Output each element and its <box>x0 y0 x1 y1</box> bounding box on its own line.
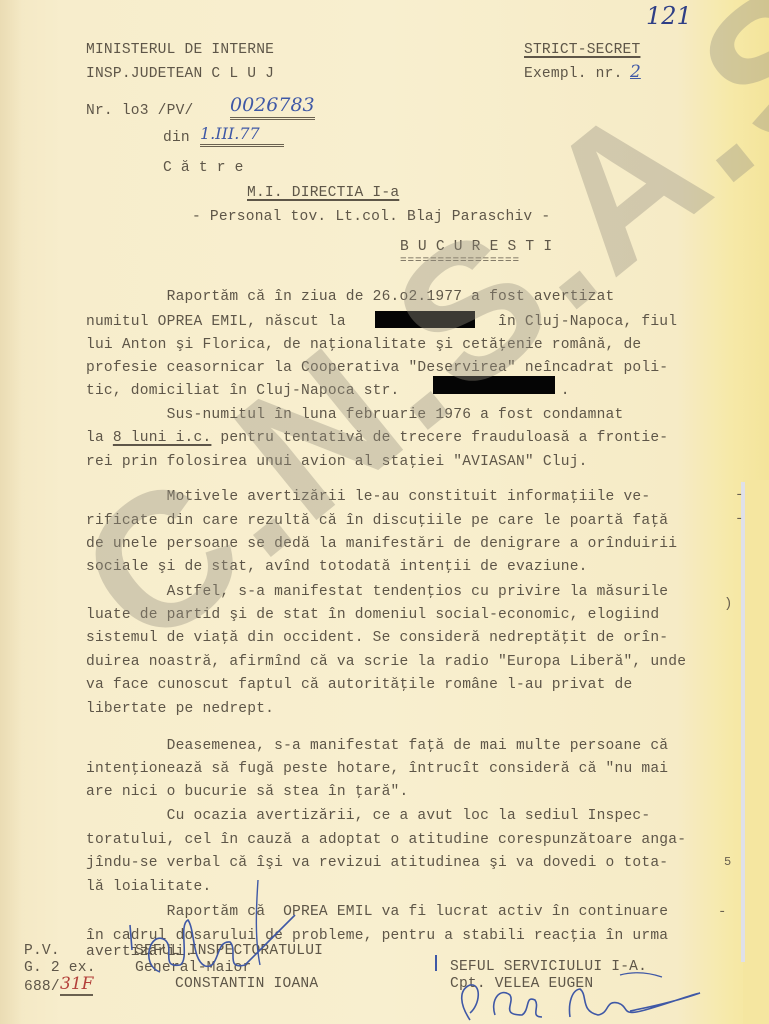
page-fold-edge <box>741 482 745 962</box>
body-line: are nici o bucurie să stea în ţară". <box>86 785 408 800</box>
scanned-document-page: 121 MINISTERUL DE INTERNE INSP.JUDETEAN … <box>0 0 769 1024</box>
body-line: sociale şi de stat, avînd totodată inten… <box>86 560 588 575</box>
body-line: luate de partid şi de stat în domeniul s… <box>86 608 659 623</box>
registration-number-handwritten: 0026783 <box>230 94 315 120</box>
margin-mark: ) <box>724 596 732 612</box>
footer-index-handwritten: 31F <box>60 974 93 996</box>
date-label: din <box>163 131 190 146</box>
body-line: libertate pe nedrept. <box>86 702 274 717</box>
body-line: la 8 luni i.c. pentru tentativă de trece… <box>86 431 668 446</box>
redaction-birth-date <box>375 311 475 328</box>
body-line: de unele persoane se dedă la manifestări… <box>86 537 677 552</box>
body-line: Sus-numitul în luna februarie 1976 a fos… <box>86 408 623 423</box>
body-line: duirea noastră, afirmînd că va scrie la … <box>86 655 686 670</box>
signature-right-handwritten <box>430 945 710 1024</box>
margin-mark: - <box>718 904 726 920</box>
addressee-city: B U C U R E S T I <box>400 240 552 255</box>
folio-number: 121 <box>646 2 692 30</box>
body-line: intenţionează să fugă peste hotare, într… <box>86 762 668 777</box>
exemplar-label: Exempl. nr. <box>524 67 623 82</box>
body-line: Cu ocazia avertizării, ce a avut loc la … <box>86 809 650 824</box>
classification-label: STRICT-SECRET <box>524 43 640 58</box>
underlying-page-strip <box>743 480 769 1024</box>
footer-pv: P.V. <box>24 944 60 959</box>
margin-mark: 5 <box>724 855 731 869</box>
addressee-personal: - Personal tov. Lt.col. Blaj Paraschiv - <box>192 210 550 225</box>
footer-index-prefix: 688/ <box>24 980 60 995</box>
inspectorate-name: INSP.JUDETEAN C L U J <box>86 67 274 82</box>
ministry-name: MINISTERUL DE INTERNE <box>86 43 274 58</box>
body-line: Astfel, s-a manifestat tendenţios cu pri… <box>86 585 668 600</box>
registration-number-label: Nr. lo3 /PV/ <box>86 104 194 119</box>
body-line: profesie ceasornicar la Cooperativa "Des… <box>86 361 668 376</box>
margin-mark: - <box>735 487 743 503</box>
addressee-directorate: M.I. DIRECTIA I-a <box>247 186 399 201</box>
body-line: rificate din care rezultă că în discuţii… <box>86 514 668 529</box>
body-line: Deasemenea, s-a manifestat faţă de mai m… <box>86 739 668 754</box>
page-left-edge-shadow <box>0 0 22 1024</box>
body-line: Raportăm că în ziua de 26.o2.1977 a fost… <box>86 290 615 305</box>
addressee-to: C ă t r e <box>163 161 244 176</box>
body-line: jîndu-se verbal că îşi va revizui atitud… <box>86 856 668 871</box>
body-line: lui Anton şi Florica, de naţionalitate ş… <box>86 338 641 353</box>
margin-mark: - <box>735 511 743 527</box>
body-line: toratului, cel în cauză a adoptat o atit… <box>86 833 686 848</box>
body-line: va face cunoscut faptul că autorităţile … <box>86 678 632 693</box>
underlined-sentence-term: 8 luni i.c. <box>113 430 212 446</box>
body-line: Motivele avertizării le-au constituit in… <box>86 490 650 505</box>
addressee-city-rule: ================ <box>400 256 520 267</box>
date-handwritten: 1.III.77 <box>200 124 284 147</box>
exemplar-number-handwritten: 2 <box>630 62 641 82</box>
signature-left-handwritten <box>120 870 320 980</box>
body-line: rei prin folosirea unui avion al staţiei… <box>86 455 588 470</box>
redaction-street-address <box>433 376 555 394</box>
body-line: sistemul de viaţă din occident. Se consi… <box>86 631 668 646</box>
